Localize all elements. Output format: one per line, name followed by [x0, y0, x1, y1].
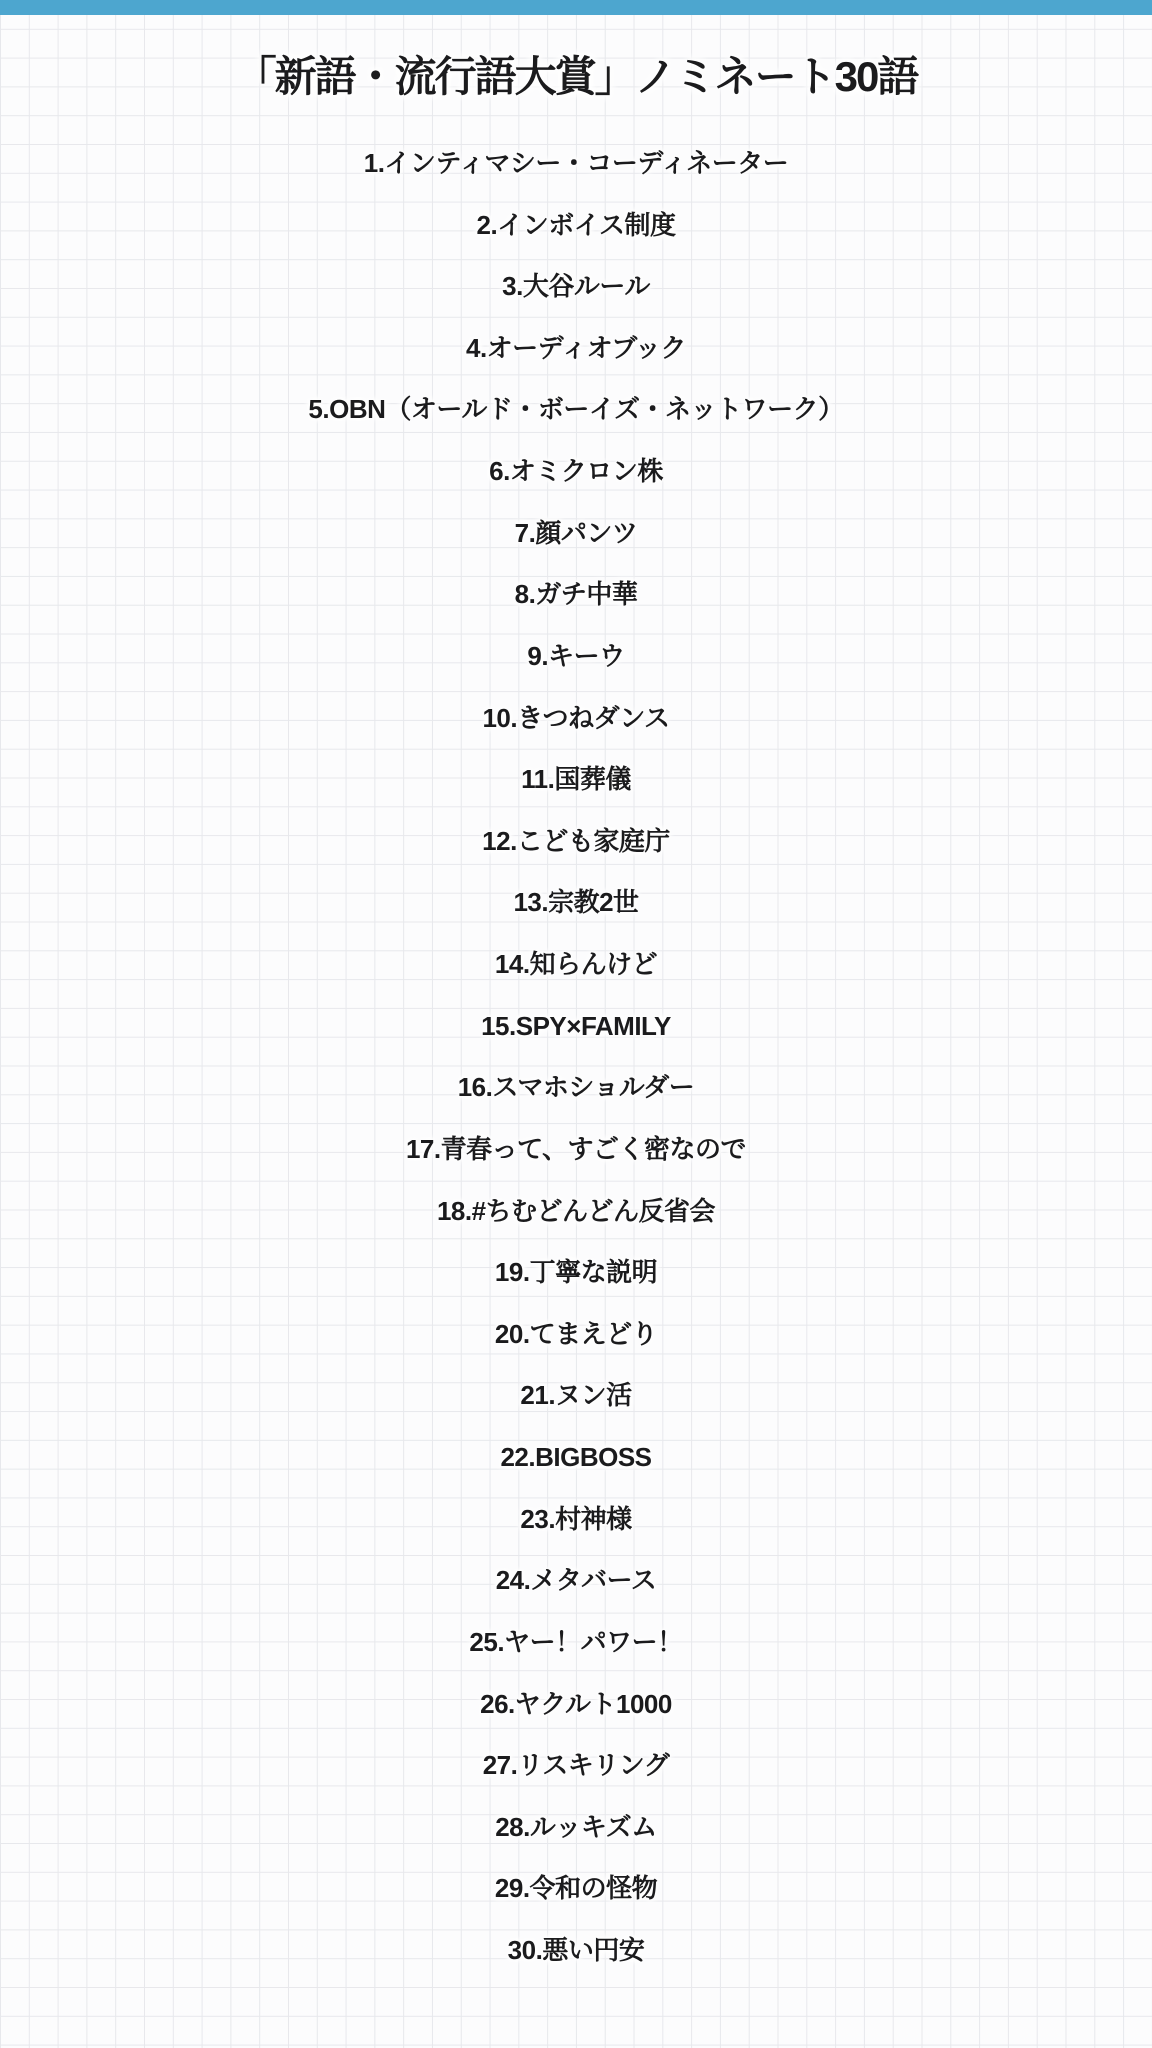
- list-item: 15.SPY×FAMILY: [0, 1008, 1152, 1044]
- list-item: 9.キーウ: [0, 638, 1152, 674]
- list-item: 14.知らんけど: [0, 946, 1152, 982]
- list-item: 25.ヤー！パワー！: [0, 1624, 1152, 1660]
- list-item: 27.リスキリング: [0, 1747, 1152, 1783]
- list-item: 21.ヌン活: [0, 1377, 1152, 1413]
- page: 「新語・流行語大賞」ノミネート30語 1.インティマシー・コーディネーター2.イ…: [0, 0, 1152, 2048]
- list-item: 18.#ちむどんどん反省会: [0, 1193, 1152, 1229]
- list-item: 3.大谷ルール: [0, 268, 1152, 304]
- list-item: 4.オーディオブック: [0, 330, 1152, 366]
- list-item: 10.きつねダンス: [0, 700, 1152, 736]
- list-item: 30.悪い円安: [0, 1932, 1152, 1968]
- list-item: 23.村神様: [0, 1501, 1152, 1537]
- list-item: 28.ルッキズム: [0, 1809, 1152, 1845]
- list-item: 2.インボイス制度: [0, 207, 1152, 243]
- list-item: 19.丁寧な説明: [0, 1254, 1152, 1290]
- list-item: 5.OBN（オールド・ボーイズ・ネットワーク）: [0, 391, 1152, 427]
- list-item: 20.てまえどり: [0, 1316, 1152, 1352]
- list-item: 24.メタバース: [0, 1562, 1152, 1598]
- list-item: 29.令和の怪物: [0, 1870, 1152, 1906]
- list-item: 13.宗教2世: [0, 884, 1152, 920]
- nominee-list: 1.インティマシー・コーディネーター2.インボイス制度3.大谷ルール4.オーディ…: [0, 0, 1152, 2048]
- list-item: 12.こども家庭庁: [0, 823, 1152, 859]
- list-item: 11.国葬儀: [0, 761, 1152, 797]
- list-item: 17.青春って、すごく密なので: [0, 1131, 1152, 1167]
- list-item: 6.オミクロン株: [0, 453, 1152, 489]
- list-item: 1.インティマシー・コーディネーター: [0, 145, 1152, 181]
- list-item: 7.顔パンツ: [0, 515, 1152, 551]
- list-item: 8.ガチ中華: [0, 576, 1152, 612]
- list-item: 22.BIGBOSS: [0, 1439, 1152, 1475]
- list-item: 26.ヤクルト1000: [0, 1686, 1152, 1722]
- list-item: 16.スマホショルダー: [0, 1069, 1152, 1105]
